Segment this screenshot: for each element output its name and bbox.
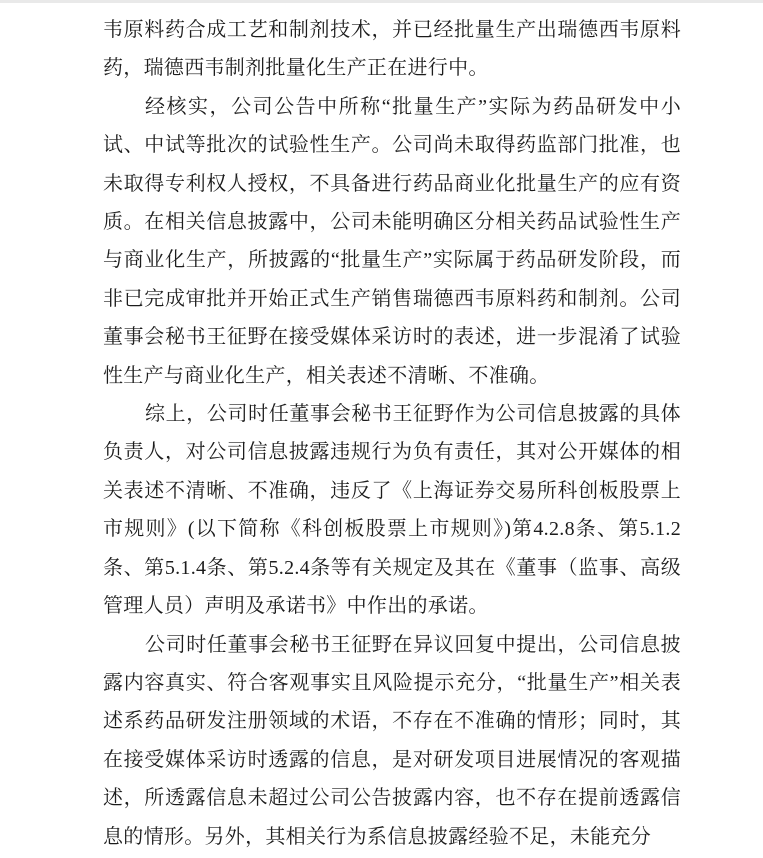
document-page: 韦原料药合成工艺和制剂技术，并已经批量生产出瑞德西韦原料药，瑞德西韦制剂批量化生… [0,3,763,856]
paragraph-conclusion-rule-violations: 综上，公司时任董事会秘书王征野作为公司信息披露的具体负责人，对公司信息披露违规行… [103,395,681,625]
paragraph-production-claim-continuation: 韦原料药合成工艺和制剂技术，并已经批量生产出瑞德西韦原料药，瑞德西韦制剂批量化生… [103,11,681,88]
paragraph-objection-reply: 公司时任董事会秘书王征野在异议回复中提出，公司信息披露内容真实、符合客观事实且风… [103,626,681,856]
paragraph-verification-findings: 经核实，公司公告中所称“批量生产”实际为药品研发中小试、中试等批次的试验性生产。… [103,88,681,395]
